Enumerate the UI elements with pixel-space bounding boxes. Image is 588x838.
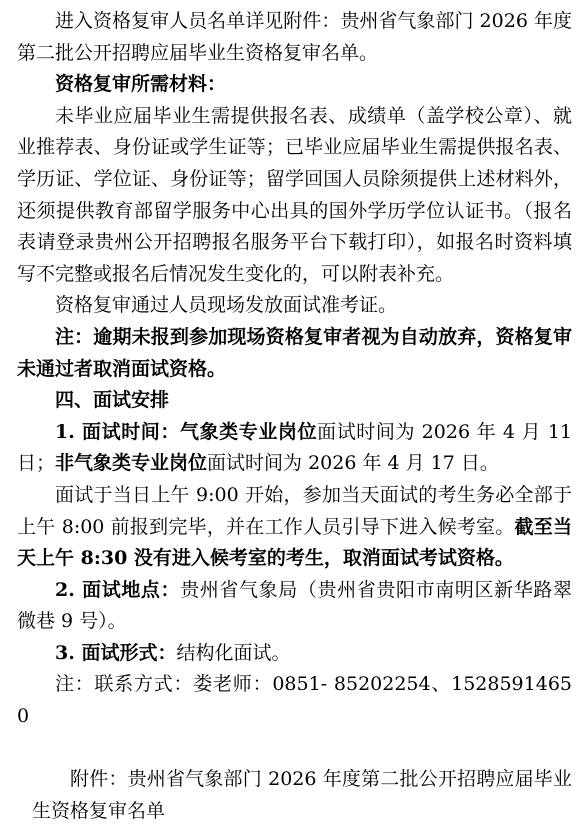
paragraph-attachment: 附件：贵州省气象部门 2026 年度第二批公开招聘应届毕业生资格复审名单 xyxy=(32,764,572,827)
paragraph-interview-format: 3. 面试形式：结构化面试。 xyxy=(17,638,572,670)
text-run: 未毕业应届毕业生需提供报名表、成绩单（盖学校公章）、就业推荐表、身份证或学生证等… xyxy=(17,105,572,285)
paragraph-materials-body: 未毕业应届毕业生需提供报名表、成绩单（盖学校公章）、就业推荐表、身份证或学生证等… xyxy=(17,101,572,291)
text-run: 注：逾期未报到参加现场资格复审者视为自动放弃，资格复审未通过者取消面试资格。 xyxy=(17,326,572,380)
text-run: 四、面试安排 xyxy=(55,389,169,411)
text-run: 资格复审通过人员现场发放面试准考证。 xyxy=(55,294,397,316)
document-body: 进入资格复审人员名单详见附件：贵州省气象部门 2026 年度第二批公开招聘应届毕… xyxy=(0,0,588,838)
paragraph-interview-procedure: 面试于当日上午 9:00 开始，参加当天面试的考生务必全部于上午 8:00 前报… xyxy=(17,480,572,575)
text-run: 资格复审所需材料： xyxy=(55,73,226,95)
paragraph-interview-time: 1. 面试时间：气象类专业岗位面试时间为 2026 年 4 月 11 日；非气象… xyxy=(17,417,572,480)
text-run: 3. 面试形式： xyxy=(55,642,176,664)
document-page: 进入资格复审人员名单详见附件：贵州省气象部门 2026 年度第二批公开招聘应届毕… xyxy=(0,0,588,838)
text-run: 面试于当日上午 9:00 开始，参加当天面试的考生务必全部于上午 8:00 前报… xyxy=(17,484,572,538)
paragraph-section-four-heading: 四、面试安排 xyxy=(17,385,572,417)
text-run: 非气象类专业岗位 xyxy=(55,452,207,474)
text-run: 附件：贵州省气象部门 2026 年度第二批公开招聘应届毕业生资格复审名单 xyxy=(32,768,572,822)
paragraph-intro: 进入资格复审人员名单详见附件：贵州省气象部门 2026 年度第二批公开招聘应届毕… xyxy=(17,6,572,69)
paragraph-contact-note: 注：联系方式：娄老师：0851- 85202254、15285914650 xyxy=(17,669,572,732)
text-run: 结构化面试。 xyxy=(176,642,290,664)
text-run: 面试时间为 2026 年 4 月 17 日。 xyxy=(207,452,499,474)
paragraph-admission-ticket: 资格复审通过人员现场发放面试准考证。 xyxy=(17,290,572,322)
paragraph-interview-location: 2. 面试地点：贵州省气象局（贵州省贵阳市南明区新华路翠微巷 9 号）。 xyxy=(17,575,572,638)
paragraph-materials-heading: 资格复审所需材料： xyxy=(17,69,572,101)
text-run: 2. 面试地点： xyxy=(55,579,180,601)
text-run: 进入资格复审人员名单详见附件：贵州省气象部门 2026 年度第二批公开招聘应届毕… xyxy=(17,10,572,64)
text-run: 1. 面试时间：气象类专业岗位 xyxy=(55,421,317,443)
text-run: 注：联系方式：娄老师：0851- 85202254、15285914650 xyxy=(17,673,572,727)
paragraph-note-overdue: 注：逾期未报到参加现场资格复审者视为自动放弃，资格复审未通过者取消面试资格。 xyxy=(17,322,572,385)
